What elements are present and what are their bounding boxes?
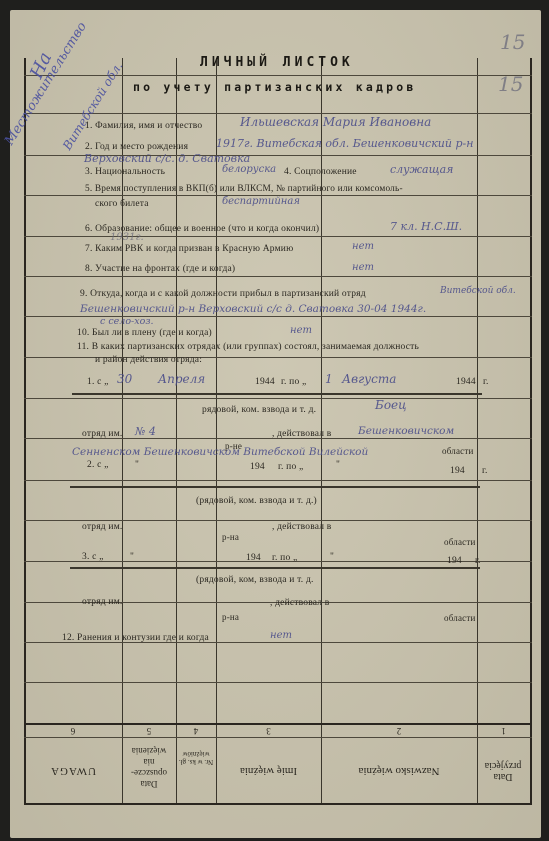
q1-value: Ильшевская Мария Ивановна — [240, 115, 431, 129]
grid-line-right — [530, 58, 532, 803]
q11-label-line2: и район действия отряда: — [95, 355, 202, 365]
entry-underline — [72, 393, 482, 395]
grid-line — [24, 682, 532, 683]
q10-label: 10. Был ли в плену (где и когда) — [77, 328, 212, 338]
det1-prefix: 1. с „ — [87, 377, 109, 387]
det2-end: г. — [482, 466, 488, 476]
det2-year: 194 — [250, 462, 265, 472]
header-nazwisko: Nazwisko więźnia — [321, 765, 477, 776]
grid-line — [24, 75, 532, 76]
det3-year: 194 — [246, 553, 261, 563]
q4-value: служащая — [390, 163, 453, 176]
q4-label: 4. Соцположение — [284, 167, 357, 177]
col-num-3: 3 — [216, 725, 321, 736]
header-data-opuszczenia: Data opuszcze-nia więzienia — [126, 745, 172, 789]
det1-acted-value-line2: Сенненском Бешенковичском Витебской Виле… — [72, 446, 368, 458]
det2-role-label: (рядовой, ком. взвода и т. д.) — [196, 496, 317, 506]
det2-prefix: 2. с „ — [87, 460, 109, 470]
det1-unit-label: отряд им. — [82, 429, 123, 439]
page-number-top: 15 — [500, 30, 525, 54]
det2-year-suffix: г. по „ — [278, 462, 303, 472]
det3-to-quote: " — [330, 552, 334, 562]
det1-to-day: 1 — [325, 372, 333, 386]
q5-value: беспартийная — [222, 196, 300, 207]
q9-value-line1: Витебской обл. — [440, 286, 516, 296]
q8-label: 8. Участие на фронтах (где и когда) — [85, 264, 235, 274]
grid-line — [477, 58, 478, 803]
q6-value: 7 кл. Н.С.Ш. — [390, 220, 462, 233]
q12-value: нет — [270, 630, 292, 641]
grid-line — [24, 236, 532, 237]
det3-year-suffix: г. по „ — [272, 553, 297, 563]
q11-label-line1: 11. В каких партизанских отрядах (или гр… — [77, 342, 419, 352]
grid-line — [24, 480, 532, 481]
det3-role-label: (рядовой, ком, взвода и т. д. — [196, 575, 314, 585]
q9-value-line2: Бешенковичский р-н Верховский с/с д. Сва… — [80, 303, 426, 315]
q5-label-line1: 5. Время поступления в ВКП(б) или ВЛКСМ,… — [85, 184, 403, 194]
det3-end-year: 194 — [447, 556, 462, 566]
entry-underline — [70, 486, 480, 488]
q5-label-line2: ского билета — [95, 199, 149, 209]
header-uwaga: UWAGA — [24, 765, 122, 776]
grid-line — [24, 276, 532, 277]
q3-value: белоруска — [222, 164, 276, 175]
det1-role-label: рядовой, ком. взвода и т. д. — [202, 405, 316, 415]
det2-region-label: области — [444, 537, 476, 547]
det1-from-year: 1944 — [255, 377, 275, 387]
col-num-4: 4 — [176, 725, 216, 736]
det2-acted-label: , действовал в — [272, 522, 332, 532]
det3-acted-label: , действовал в — [270, 598, 330, 608]
q7-value: нет — [352, 241, 374, 252]
det1-region-label: области — [442, 446, 474, 456]
q3-label: 3. Национальность — [85, 167, 165, 177]
q9-value-line3: с село-хоз. — [100, 316, 154, 327]
det2-unit-label: отряд им. — [82, 522, 123, 532]
det3-prefix: 3. с „ — [82, 552, 104, 562]
grid-line — [176, 58, 177, 803]
det1-acted-label: , действовал в — [272, 429, 332, 439]
col-num-5: 5 — [122, 725, 176, 736]
det1-year-suffix: г. по „ — [281, 377, 306, 387]
det2-district-label: р-на — [222, 532, 239, 542]
page-number-second: 15 — [498, 72, 523, 96]
det1-acted-value-line1: Бешенковичском — [358, 425, 454, 437]
q2-label: 2. Год и место рождения — [85, 142, 188, 152]
header-nr-ksiegi: Nr. w ks. gł. więźniów — [178, 750, 214, 766]
det1-to-year: 1944 — [456, 377, 476, 387]
det1-end: г. — [483, 377, 489, 387]
grid-line-bottom — [24, 803, 532, 805]
q9-label: 9. Откуда, когда и с какой должности при… — [80, 289, 366, 299]
q10-value: нет — [290, 325, 312, 336]
grid-line — [24, 737, 532, 738]
det2-quote: " — [135, 460, 139, 470]
det1-role-value: Боец — [375, 398, 407, 412]
det3-end: г. — [475, 556, 481, 566]
document-page — [10, 10, 541, 838]
det3-region-label: области — [444, 613, 476, 623]
grid-line — [24, 520, 532, 521]
col-num-6: 6 — [24, 725, 122, 736]
q8-value: нет — [352, 262, 374, 273]
det1-to-month: Августа — [342, 372, 396, 386]
det1-from-day: 30 — [117, 372, 132, 386]
det3-unit-label: отряд им. — [82, 597, 123, 607]
header-data-przyjecia: Data przyjęcia — [480, 760, 526, 782]
grid-line — [24, 113, 532, 114]
document-title: ЛИЧНЫЙ ЛИСТОК — [200, 55, 354, 70]
det3-quote: " — [130, 552, 134, 562]
grid-line — [24, 398, 532, 399]
det2-end-year: 194 — [450, 466, 465, 476]
det3-district-label: р-на — [222, 612, 239, 622]
det2-to-quote: " — [336, 460, 340, 470]
q2-value-line1: 1917г. Витебская обл. Бешенковичский р-н — [216, 137, 473, 150]
det1-from-month: Апреля — [158, 372, 205, 386]
entry-underline — [70, 567, 480, 569]
col-num-1: 1 — [477, 725, 530, 736]
q7-label: 7. Каким РВК и когда призван в Красную А… — [85, 244, 293, 254]
q12-label: 12. Ранения и контузии где и когда — [62, 633, 209, 643]
grid-line — [216, 58, 217, 803]
q1-label: 1. Фамилия, имя и отчество — [85, 121, 202, 131]
grid-line-left — [24, 58, 26, 803]
det1-unit-value: № 4 — [135, 425, 156, 438]
header-imie: Imię więźnia — [216, 765, 321, 776]
document-subtitle: по учету партизанских кадров — [133, 80, 416, 94]
q6-year: 1931г. — [110, 232, 144, 243]
col-num-2: 2 — [321, 725, 477, 736]
